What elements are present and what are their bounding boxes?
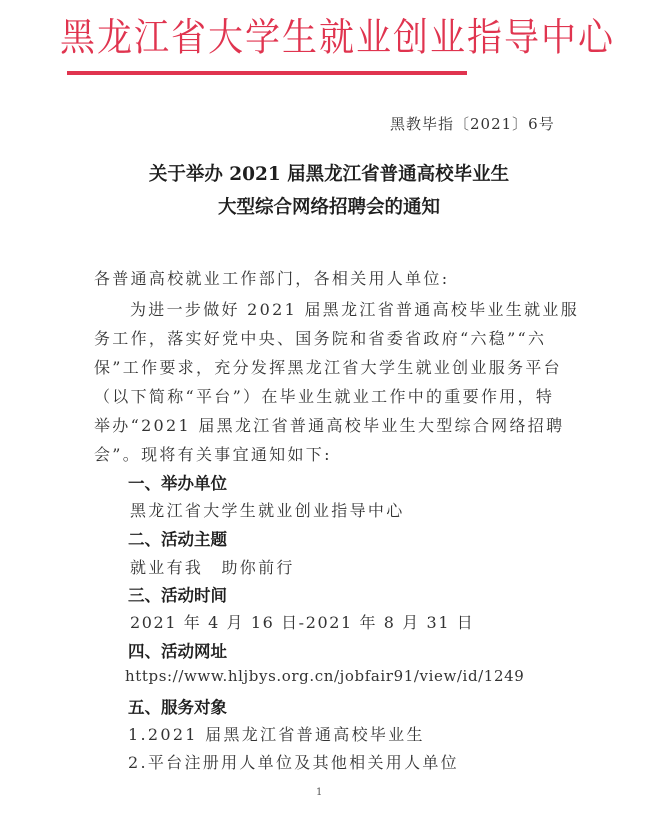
intro-line: 为进一步做好 2021 届黑龙江省普通高校毕业生就业服: [130, 297, 579, 320]
letterhead-org-name: 黑龙江省大学生就业创业指导中心: [60, 8, 600, 63]
section-heading: 二、活动主题: [128, 526, 227, 550]
section-text: 2.平台注册用人单位及其他相关用人单位: [128, 750, 459, 773]
intro-line: 务工作，落实好党中央、国务院和省委省政府“六稳”“六: [94, 326, 546, 349]
activity-url[interactable]: https://www.hljbys.org.cn/jobfair91/view…: [125, 667, 524, 685]
section-text: 黑龙江省大学生就业创业指导中心: [130, 498, 405, 521]
section-heading: 一、举办单位: [128, 470, 227, 494]
document-title-line-1: 关于举办 2021 届黑龙江省普通高校毕业生: [0, 160, 658, 186]
letterhead-rule-full: [67, 71, 467, 75]
intro-line: 会”。现将有关事宜通知如下:: [94, 442, 332, 465]
document-title-line-2: 大型综合网络招聘会的通知: [0, 193, 658, 219]
section-heading: 三、活动时间: [128, 582, 227, 606]
section-text: 1.2021 届黑龙江省普通高校毕业生: [128, 722, 425, 745]
intro-line: 举办“2021 届黑龙江省普通高校毕业生大型综合网络招聘: [94, 413, 564, 436]
section-heading: 五、服务对象: [128, 694, 227, 718]
section-heading: 四、活动网址: [128, 638, 227, 662]
salutation: 各普通高校就业工作部门，各相关用人单位:: [94, 266, 449, 289]
document-number: 黑教毕指〔2021〕6号: [390, 113, 555, 134]
section-text: 就业有我 助你前行: [130, 555, 295, 578]
intro-line: 保”工作要求，充分发挥黑龙江省大学生就业创业服务平台: [94, 355, 562, 378]
page-number: 1: [316, 787, 322, 798]
section-text: 2021 年 4 月 16 日-2021 年 8 月 31 日: [130, 610, 474, 633]
intro-line: （以下简称“平台”）在毕业生就业工作中的重要作用，特: [94, 384, 554, 407]
